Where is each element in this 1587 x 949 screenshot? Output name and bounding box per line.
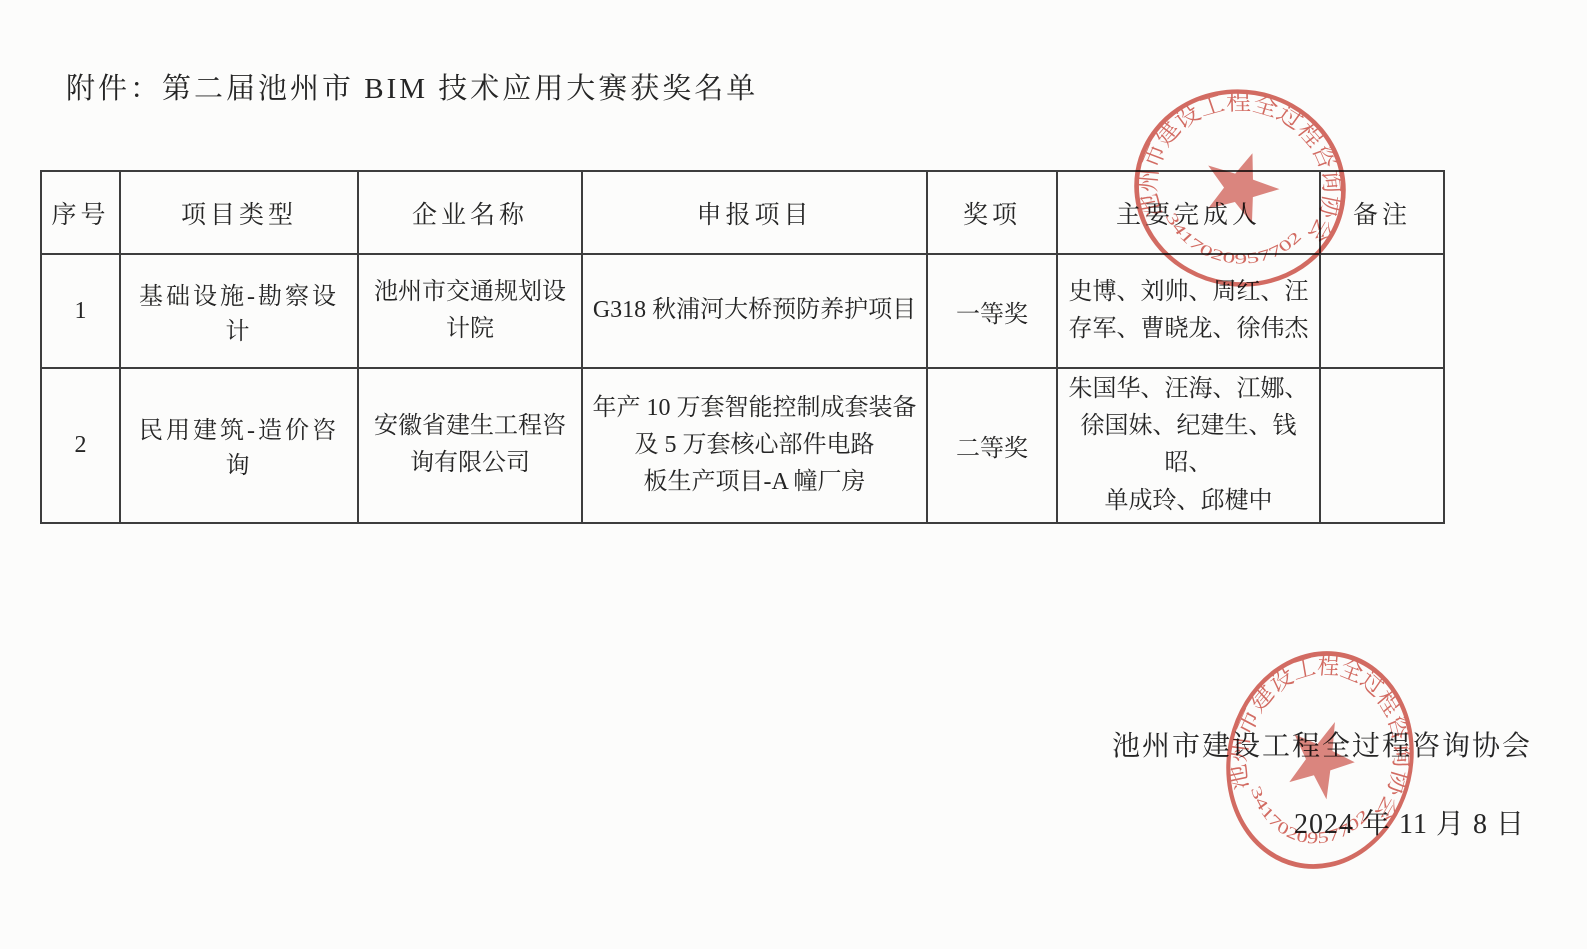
cell-remarks xyxy=(1320,254,1444,368)
header-company-name: 企业名称 xyxy=(358,171,582,254)
header-award: 奖项 xyxy=(927,171,1057,254)
cell-serial-number: 2 xyxy=(41,368,120,523)
header-serial-number: 序号 xyxy=(41,171,120,254)
cell-project-type: 民用建筑-造价咨询 xyxy=(120,368,358,523)
cell-award: 二等奖 xyxy=(927,368,1057,523)
table-row: 1 基础设施-勘察设计 池州市交通规划设 计院 G318 秋浦河大桥预防养护项目… xyxy=(41,254,1444,368)
issue-date: 2024 年 11 月 8 日 xyxy=(1294,802,1525,842)
cell-declared-project: G318 秋浦河大桥预防养护项目 xyxy=(582,254,927,368)
cell-main-contributors: 朱国华、汪海、江娜、 徐国妹、纪建生、钱昭、 单成玲、邱楗中 xyxy=(1057,368,1320,523)
header-declared-project: 申报项目 xyxy=(582,171,927,254)
table-header-row: 序号 项目类型 企业名称 申报项目 奖项 主要完成人 备注 xyxy=(41,171,1444,254)
issuer-signature: 池州市建设工程全过程咨询协会 xyxy=(1112,724,1532,764)
cell-declared-project: 年产 10 万套智能控制成套装备 及 5 万套核心部件电路 板生产项目-A 幢厂… xyxy=(582,368,927,523)
header-project-type: 项目类型 xyxy=(120,171,358,254)
header-main-contributors: 主要完成人 xyxy=(1057,171,1320,254)
table-row: 2 民用建筑-造价咨询 安徽省建生工程咨 询有限公司 年产 10 万套智能控制成… xyxy=(41,368,1444,523)
cell-company-name: 安徽省建生工程咨 询有限公司 xyxy=(358,368,582,523)
cell-serial-number: 1 xyxy=(41,254,120,368)
cell-project-type: 基础设施-勘察设计 xyxy=(120,254,358,368)
award-table: 序号 项目类型 企业名称 申报项目 奖项 主要完成人 备注 1 基础设施-勘察设… xyxy=(40,170,1445,524)
header-remarks: 备注 xyxy=(1320,171,1444,254)
cell-remarks xyxy=(1320,368,1444,523)
cell-main-contributors: 史博、刘帅、周红、汪 存军、曹晓龙、徐伟杰 xyxy=(1057,254,1320,368)
cell-award: 一等奖 xyxy=(927,254,1057,368)
scanned-document-page: 附件：第二届池州市 BIM 技术应用大赛获奖名单 序号 项目类型 企业名称 申报… xyxy=(0,0,1587,949)
cell-company-name: 池州市交通规划设 计院 xyxy=(358,254,582,368)
document-title: 附件：第二届池州市 BIM 技术应用大赛获奖名单 xyxy=(66,66,758,107)
